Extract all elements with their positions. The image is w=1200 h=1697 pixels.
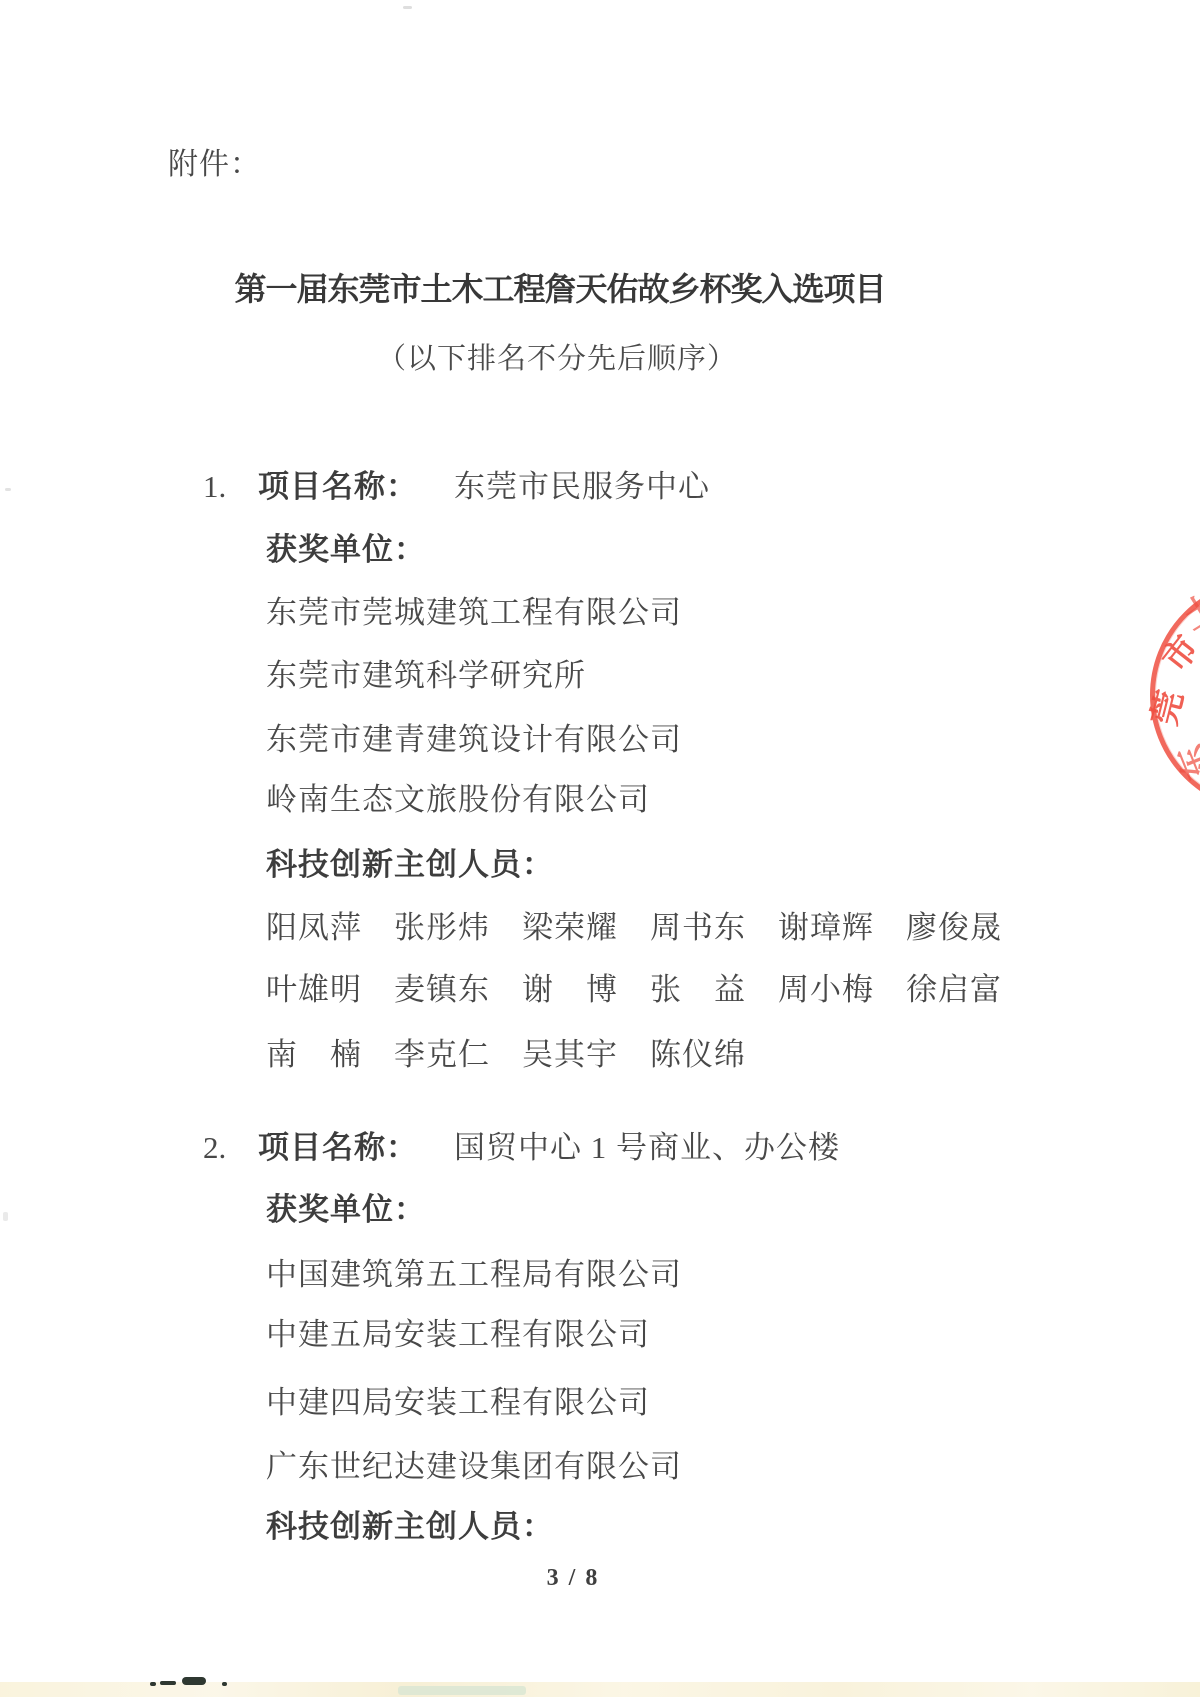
item-1-unit: 东莞市建青建筑设计有限公司 — [266, 721, 682, 759]
item-1-name-label: 项目名称： — [258, 469, 418, 504]
item-2-header: 2.项目名称：国贸中心 1 号商业、办公楼 — [203, 1129, 840, 1167]
page-subtitle: （以下排名不分先后顺序） — [0, 340, 1114, 378]
item-2-units-label: 获奖单位： — [266, 1191, 426, 1229]
ink-smudge — [222, 1682, 227, 1686]
stamp-ring — [1150, 578, 1200, 812]
stamp-character: 土 — [1178, 589, 1200, 636]
page-number: 3 / 8 — [0, 1559, 1146, 1597]
item-1-unit: 东莞市莞城建筑工程有限公司 — [266, 594, 682, 632]
scan-speck — [403, 6, 412, 9]
item-2-unit: 中建五局安装工程有限公司 — [266, 1316, 650, 1354]
page-title: 第一届东莞市土木工程詹天佑故乡杯奖入选项目 — [0, 270, 1120, 308]
item-2-project-name: 国贸中心 1 号商业、办公楼 — [454, 1130, 840, 1165]
item-2-unit: 中国建筑第五工程局有限公司 — [266, 1256, 682, 1294]
scanned-document-page: 附件： 第一届东莞市土木工程詹天佑故乡杯奖入选项目 （以下排名不分先后顺序） 1… — [0, 0, 1200, 1697]
stamp-character: 东 — [1173, 740, 1200, 784]
item-1-creators-row: 阳凤萍 张彤炜 梁荣耀 周书东 谢璋辉 廖俊晟 — [266, 909, 1002, 947]
item-1-number: 1. — [203, 468, 258, 506]
scan-green-patch — [398, 1686, 526, 1695]
item-1-header: 1.项目名称：东莞市民服务中心 — [203, 468, 710, 506]
stamp-character: 市 — [1157, 630, 1200, 678]
item-2-number: 2. — [203, 1129, 258, 1167]
item-1-units-label: 获奖单位： — [266, 531, 426, 569]
ink-smudge — [150, 1682, 156, 1686]
item-2-name-label: 项目名称： — [258, 1130, 418, 1165]
item-1-unit: 岭南生态文旅股份有限公司 — [266, 781, 650, 819]
stamp-character: 莞 — [1147, 687, 1188, 728]
attachment-label: 附件： — [168, 146, 261, 184]
item-2-unit: 中建四局安装工程有限公司 — [266, 1384, 650, 1422]
item-1-project-name: 东莞市民服务中心 — [454, 469, 710, 504]
item-1-creators-row: 南 楠 李克仁 吴其宇 陈仪绵 — [266, 1036, 746, 1074]
item-1-unit: 东莞市建筑科学研究所 — [266, 657, 586, 695]
item-2-unit: 广东世纪达建设集团有限公司 — [266, 1448, 682, 1486]
scan-edge-strip — [0, 1682, 1200, 1697]
item-1-creators-label: 科技创新主创人员： — [266, 846, 554, 884]
scan-speck — [5, 488, 11, 491]
ink-smudge — [182, 1677, 206, 1685]
red-seal-stamp: 土 市 莞 东 — [1140, 575, 1200, 815]
item-1-creators-row: 叶雄明 麦镇东 谢 博 张 益 周小梅 徐启富 — [266, 971, 1002, 1009]
scan-speck — [3, 1212, 8, 1221]
item-2-creators-label: 科技创新主创人员： — [266, 1508, 554, 1546]
ink-smudge — [160, 1681, 176, 1685]
